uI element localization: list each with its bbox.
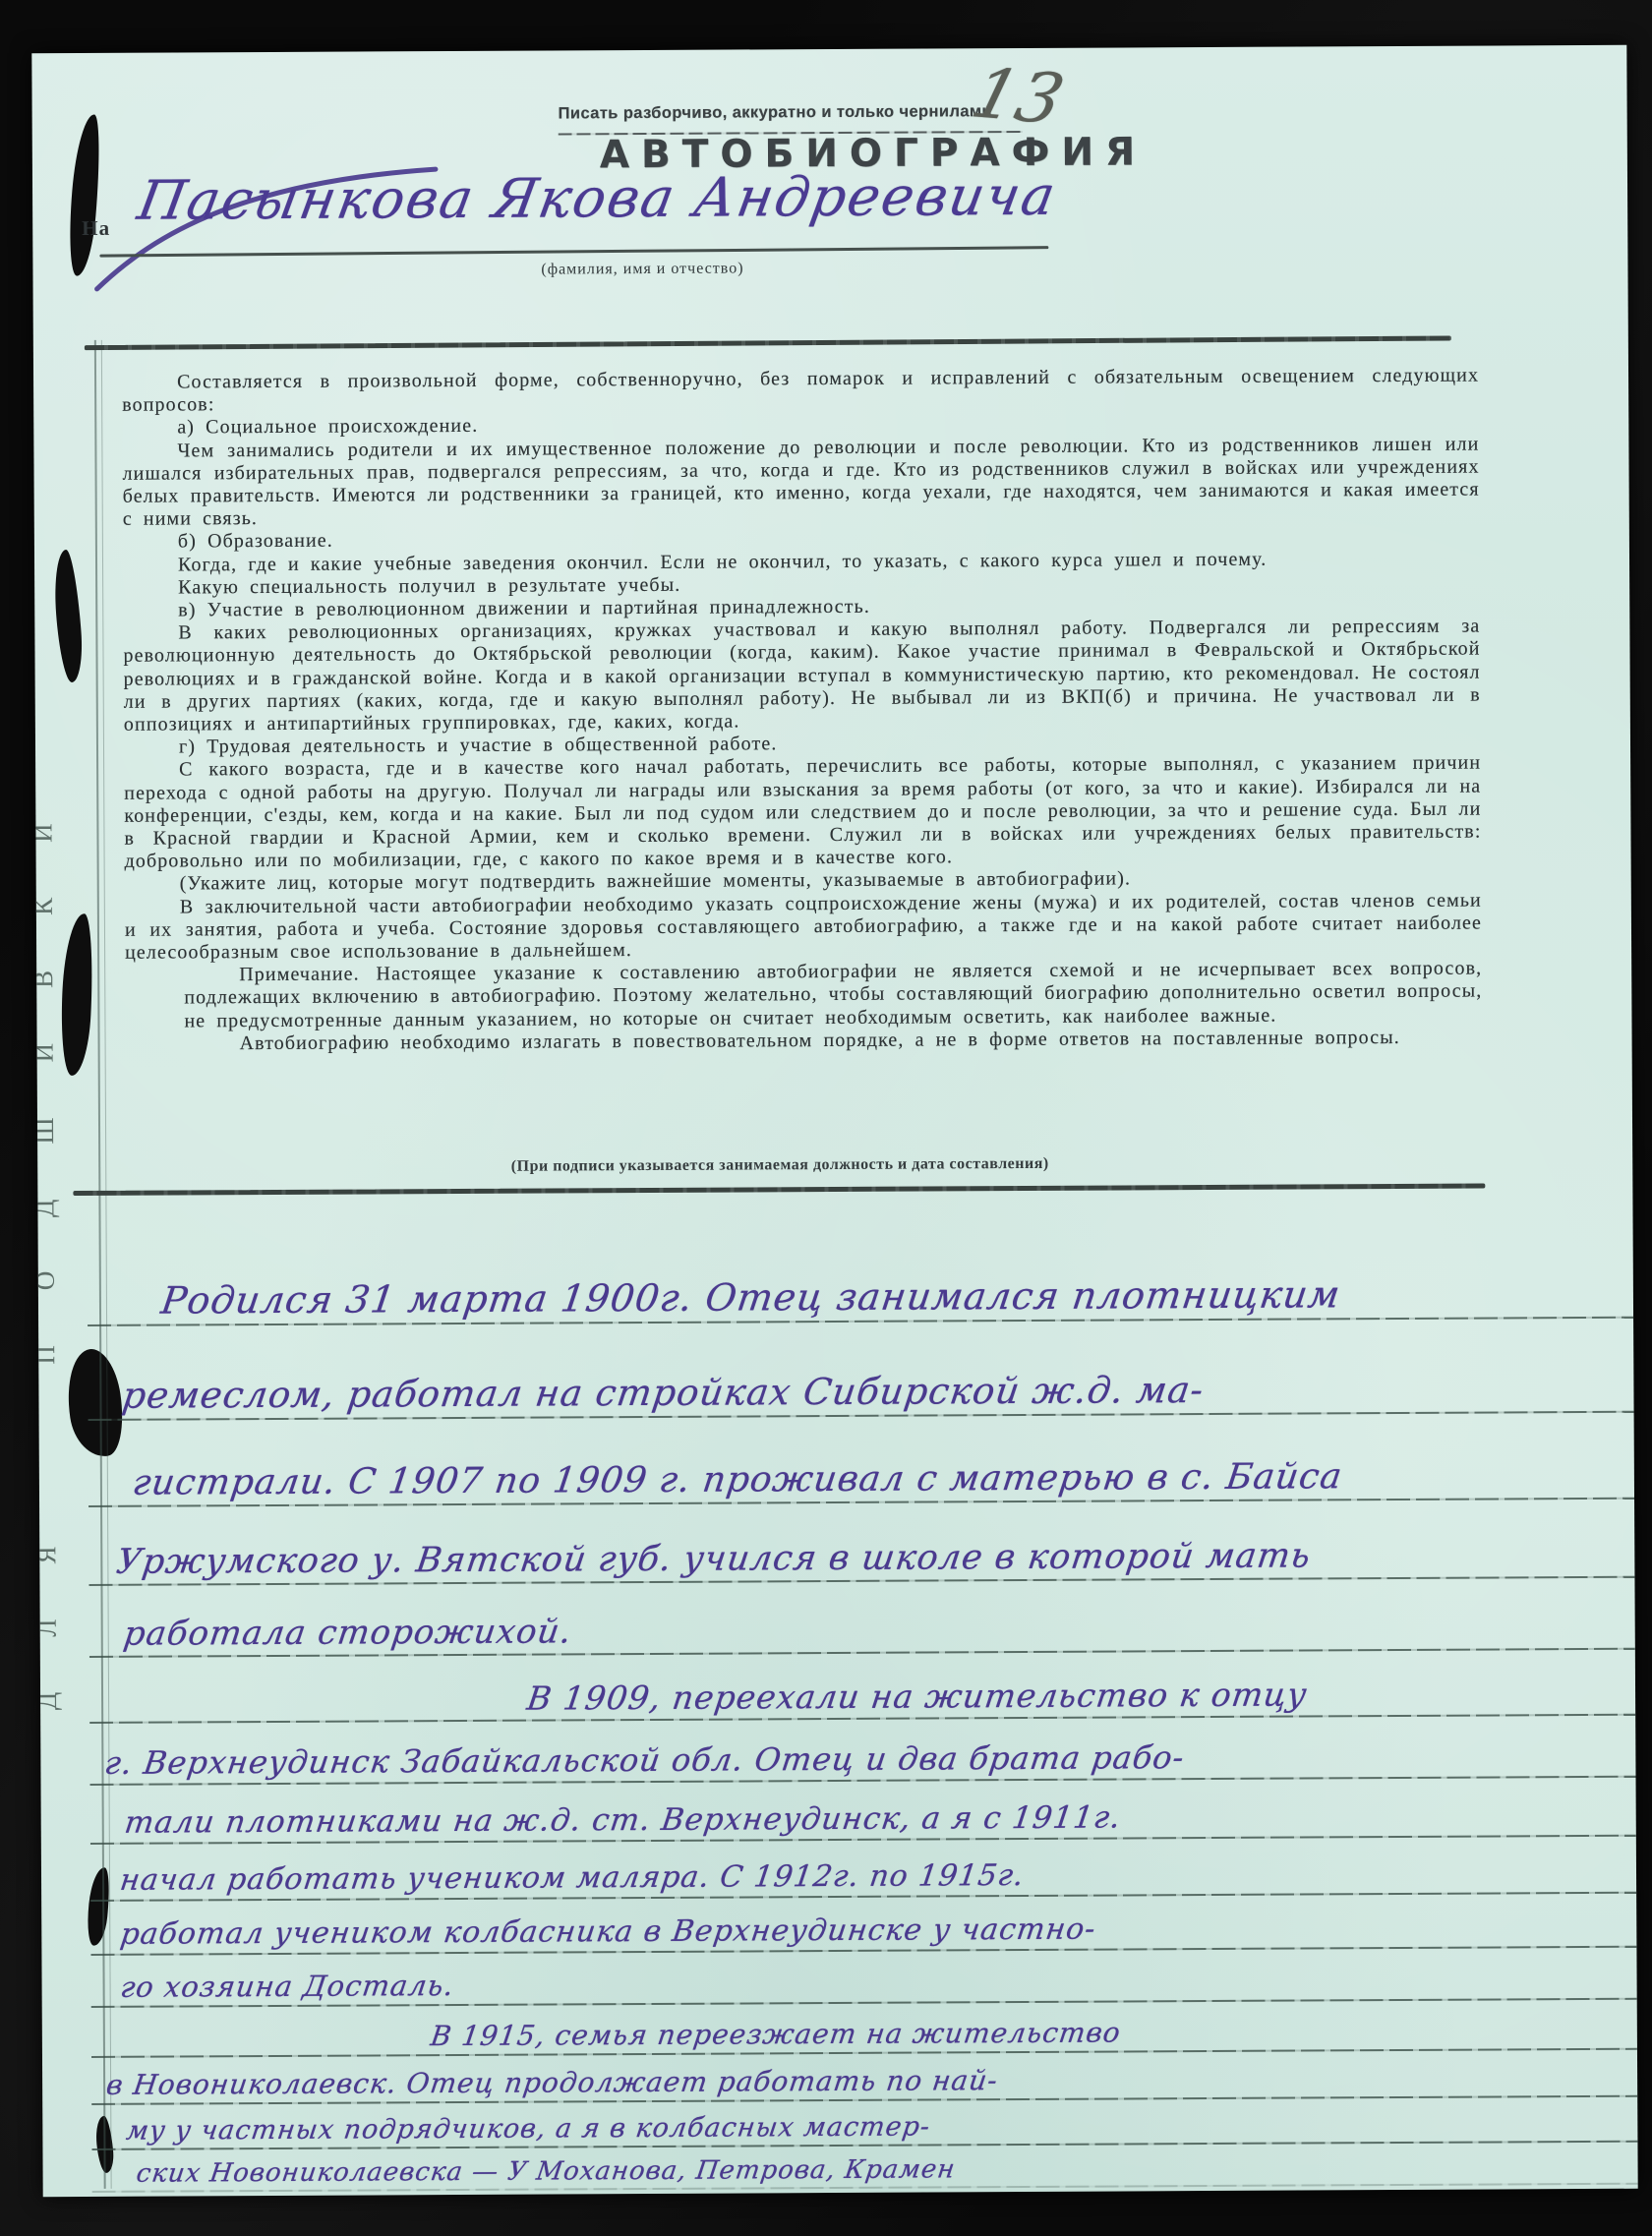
handwritten-line: В 1909, переехали на жительство к отцу [89, 1650, 1635, 1724]
handwritten-line: В 1915, семья переезжает на жительство [91, 2000, 1637, 2058]
handwritten-text: ремеслом, работал на стройках Сибирской … [119, 1369, 1207, 1421]
handwritten-text: В 1909, переехали на жительство к отцу [524, 1675, 1310, 1721]
handwritten-line: в Новониколаевск. Отец продолжает работа… [91, 2050, 1637, 2105]
instruction-text: г) Трудовая деятельность и участие в общ… [179, 734, 778, 758]
instruction-text: В каких революционных организациях, круж… [123, 616, 1480, 736]
handwritten-line: начал работать учеником маляра. С 1912г.… [90, 1837, 1636, 1902]
handwritten-text: г. Верхнеудинск Забайкальской обл. Отец … [102, 1738, 1188, 1786]
handwritten-text: работал учеником колбасника в Верхнеудин… [118, 1912, 1098, 1956]
instruction-text: а) Социальное происхождение. [177, 415, 478, 439]
handwritten-autobiography: Родился 31 марта 1900г. Отец занимался п… [88, 1220, 1638, 2193]
handwritten-line: му у частных подрядчиков, а я в колбасны… [91, 2097, 1637, 2150]
handwritten-text: в Новониколаевск. Отец продолжает работа… [104, 2064, 1001, 2105]
handwritten-text: го хозяина Досталь. [118, 1969, 456, 2008]
handwritten-name: Пасынкова Якова Андреевича [134, 163, 1128, 231]
handwritten-text: начал работать учеником маляра. С 1912г.… [117, 1858, 1026, 1902]
instruction-paragraph: Примечание. Настоящее указание к составл… [184, 958, 1482, 1033]
stamp-instruction-note: Писать разборчиво, аккуратно и только че… [559, 102, 1031, 124]
handwritten-line: ремеслом, работал на стройках Сибирской … [88, 1319, 1633, 1421]
handwritten-page-number: 13 [964, 53, 1072, 140]
handwritten-text: Родился 31 марта 1900г. Отец занимался п… [158, 1272, 1343, 1325]
instruction-paragraph: В каких революционных организациях, круж… [123, 616, 1481, 736]
divider-rule-bottom [73, 1184, 1485, 1197]
instruction-text: Примечание. Настоящее указание к составл… [184, 958, 1482, 1031]
handwritten-text: работала сторожихой. [121, 1612, 574, 1657]
instruction-text: С какого возраста, где и в качестве кого… [124, 752, 1481, 872]
handwritten-text: тали плотниками на ж.д. ст. Верхнеудинск… [122, 1799, 1123, 1844]
handwritten-line: ских Новониколаевска — У Моханова, Петро… [91, 2143, 1637, 2193]
name-underline [99, 246, 1048, 257]
handwritten-line: Уржумского у. Вятской губ. учился в школ… [88, 1500, 1634, 1586]
instruction-text: в) Участие в революционном движении и па… [178, 596, 870, 621]
handwritten-text: В 1915, семья переезжает на жительство [428, 2016, 1123, 2056]
instruction-text: б) Образование. [178, 530, 333, 553]
instruction-text: В заключительной части автобиографии нео… [125, 889, 1482, 964]
handwritten-line: тали плотниками на ж.д. ст. Верхнеудинск… [90, 1778, 1636, 1845]
instruction-text: Когда, где и какие учебные заведения око… [178, 548, 1267, 575]
instruction-text: Составляется в произвольной форме, собст… [122, 365, 1479, 416]
instruction-paragraph: Составляется в произвольной форме, собст… [122, 365, 1479, 418]
handwritten-text: ских Новониколаевска — У Моханова, Петро… [134, 2154, 957, 2192]
handwritten-line: работала сторожихой. [88, 1578, 1634, 1658]
name-field-caption: (фамилия, имя и отчество) [406, 260, 878, 280]
divider-rule-top [85, 335, 1451, 350]
name-field-label: На [82, 216, 110, 241]
handwritten-line: работал учеником колбасника в Верхнеудин… [90, 1894, 1636, 1956]
document-paper: ДЛЯ ПОДШИВКИ Писать разборчиво, аккуратн… [31, 45, 1637, 2197]
instruction-paragraph: С какого возраста, где и в качестве кого… [124, 752, 1482, 873]
handwritten-line: го хозяина Досталь. [90, 1948, 1636, 2008]
handwritten-text: Уржумского у. Вятской губ. учился в школ… [113, 1536, 1313, 1585]
instruction-paragraph: Чем занимались родители и их имущественн… [122, 433, 1479, 531]
signature-note: (При подписи указывается занимаемая долж… [313, 1154, 1247, 1177]
paper-tear [65, 113, 103, 277]
handwritten-text: му у частных подрядчиков, а я в колбасны… [124, 2111, 932, 2149]
instruction-paragraph: В заключительной части автобиографии нео… [125, 889, 1482, 965]
paper-tear [58, 912, 95, 1076]
handwritten-line: г. Верхнеудинск Забайкальской обл. Отец … [89, 1716, 1635, 1786]
handwritten-line: гистрали. С 1907 по 1909 г. проживал с м… [88, 1413, 1634, 1507]
instruction-text: Чем занимались родители и их имущественн… [122, 433, 1479, 530]
handwritten-line: Родился 31 марта 1900г. Отец занимался п… [88, 1220, 1634, 1326]
instructions-block: Составляется в произвольной форме, собст… [122, 365, 1483, 1056]
instruction-text: Какую специальность получил в результате… [178, 574, 680, 599]
handwritten-text: гистрали. С 1907 по 1909 г. проживал с м… [130, 1456, 1345, 1506]
